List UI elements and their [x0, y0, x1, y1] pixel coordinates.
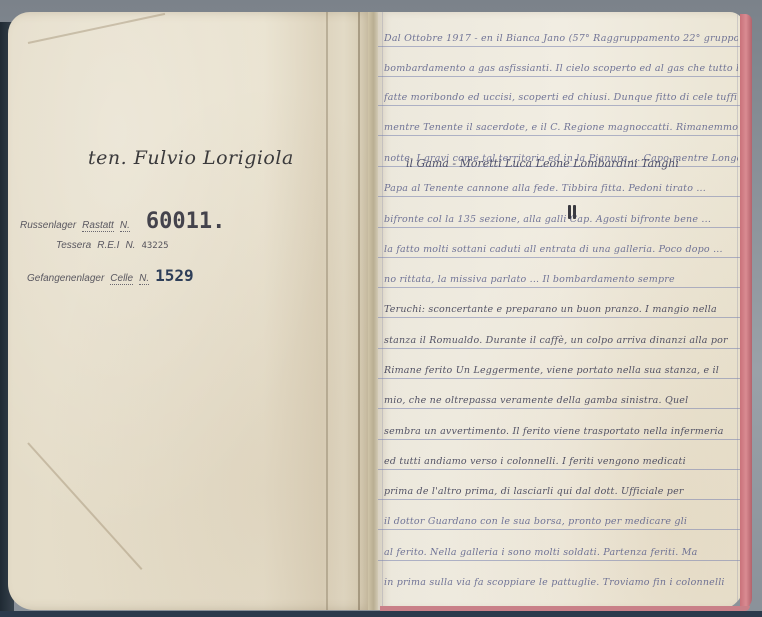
scan-bottom-strip	[0, 611, 762, 617]
stamp-place: R.E.I	[97, 240, 119, 251]
ruled-line	[378, 469, 744, 470]
handwritten-line: sembra un avvertimento. Il ferito viene …	[384, 426, 738, 437]
ink-mark	[573, 205, 576, 219]
ruled-line	[378, 317, 744, 318]
ruled-line	[378, 348, 744, 349]
stamp-label: Gefangenenlager	[27, 273, 104, 284]
ruled-line	[378, 196, 744, 197]
stamp-place: Celle	[110, 273, 133, 285]
paper-crease	[27, 442, 142, 570]
ruled-line	[378, 287, 744, 288]
handwritten-line: Papa al Tenente cannone alla fede. Tibbi…	[384, 183, 738, 194]
handwritten-line: al ferito. Nella galleria i sono molti s…	[384, 547, 738, 558]
ruled-line	[378, 135, 744, 136]
handwritten-line: in prima sulla via fa scoppiare le pattu…	[384, 577, 738, 588]
ruled-line	[378, 378, 744, 379]
handwritten-line: ed tutti andiamo verso i colonnelli. I f…	[384, 456, 738, 467]
handwritten-line: bifronte col la 135 sezione, alla galli …	[384, 214, 738, 225]
left-page: ten. Fulvio Lorigiola Russenlager Rastat…	[8, 12, 373, 610]
handwritten-line: fatte moribondo ed uccisi, scoperti ed c…	[384, 92, 738, 103]
owner-name: ten. Fulvio Lorigiola	[88, 147, 294, 169]
page-fold-line	[358, 12, 360, 610]
stamp-abbr: N.	[120, 220, 130, 232]
handwritten-line: Dal Ottobre 1917 - en il Bianca Jano (57…	[384, 33, 738, 44]
page-margin-line	[382, 12, 383, 610]
page-fold-line	[326, 12, 328, 610]
stamp-abbr: N.	[125, 240, 135, 251]
handwritten-line: mentre Tenente il sacerdote, e il C. Reg…	[384, 122, 738, 133]
handwritten-line: bombardamento a gas asfissianti. Il ciel…	[384, 63, 738, 74]
notebook-cover-right-edge	[740, 14, 752, 610]
ruled-line	[378, 105, 744, 106]
right-page: Dal Ottobre 1917 - en il Bianca Jano (57…	[378, 12, 744, 610]
handwritten-line: Rimane ferito Un Leggermente, viene port…	[384, 365, 738, 376]
stamp-abbr: N.	[139, 273, 149, 285]
stamp-tessera: Tessera R.E.I N. 43225	[56, 240, 169, 251]
stamp-number: 60011.	[146, 209, 225, 234]
handwritten-inserted-line: il Gama - Moretti Luca Leone Lombardini …	[406, 157, 679, 170]
ink-mark	[568, 205, 571, 219]
stamp-number: 43225	[141, 241, 168, 251]
handwritten-line: mio, che ne oltrepassa veramente della g…	[384, 395, 738, 406]
stamp-label: Russenlager	[20, 220, 76, 231]
handwritten-line: il dottor Guardano con le sua borsa, pro…	[384, 516, 738, 527]
ruled-line	[378, 46, 744, 47]
stamp-place: Rastatt	[82, 220, 114, 232]
ruled-line	[378, 257, 744, 258]
handwritten-line: stanza il Romualdo. Durante il caffè, un…	[384, 335, 738, 346]
stamp-label: Tessera	[56, 240, 91, 251]
ruled-line	[378, 560, 744, 561]
paper-crease	[28, 13, 165, 44]
ruled-line	[378, 529, 744, 530]
stamp-russenlager: Russenlager Rastatt N. 60011.	[20, 209, 225, 234]
ruled-line	[378, 499, 744, 500]
stamp-number: 1529	[155, 266, 194, 285]
ruled-line	[378, 227, 744, 228]
ruled-line	[378, 408, 744, 409]
handwritten-line: la fatto molti sottani caduti all entrat…	[384, 244, 738, 255]
handwritten-line: no rittata, la missiva parlato ... Il bo…	[384, 274, 738, 285]
handwritten-line: prima de l'altro prima, di lasciarli qui…	[384, 486, 738, 497]
ruled-line	[378, 439, 744, 440]
ruled-line	[378, 76, 744, 77]
handwritten-line: Teruchi: sconcertante e preparano un buo…	[384, 304, 738, 315]
stamp-gefangenenlager: Gefangenenlager Celle N. 1529	[27, 266, 194, 285]
